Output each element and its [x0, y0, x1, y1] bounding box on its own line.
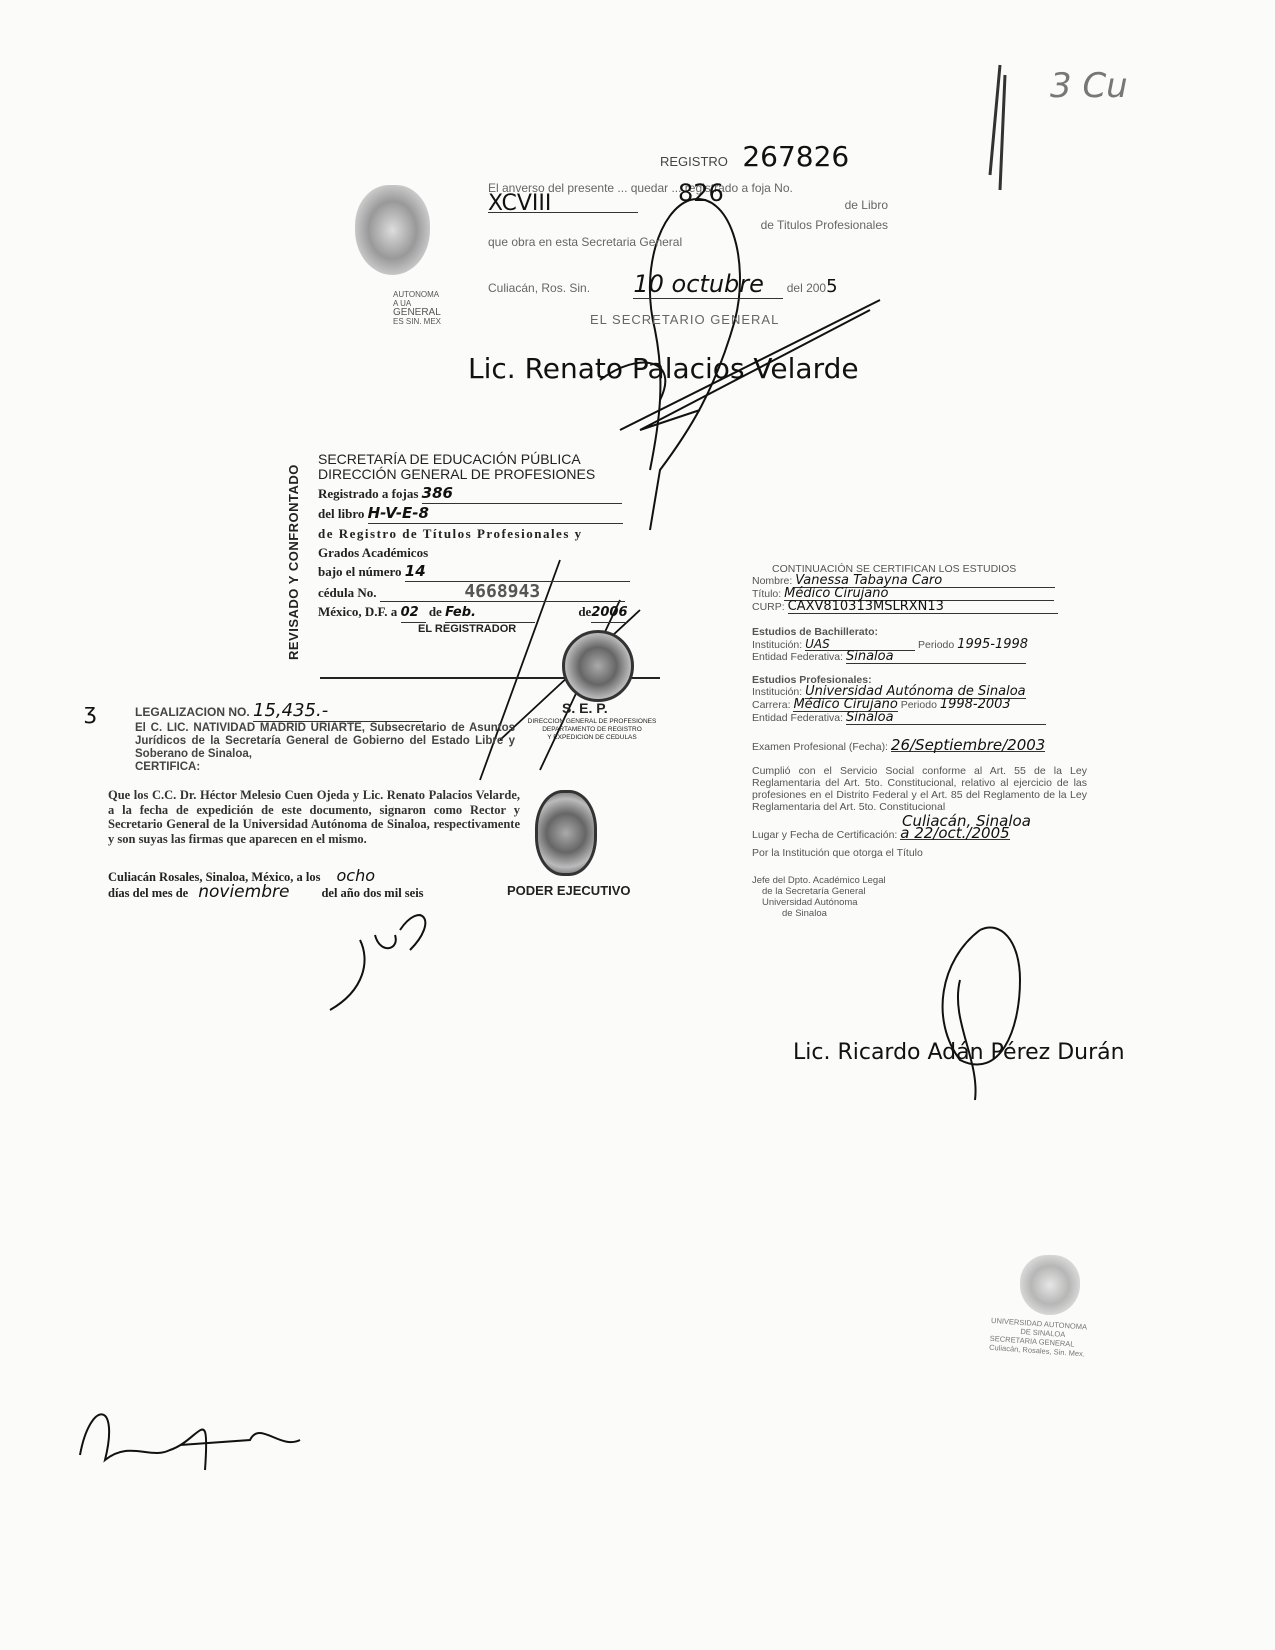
legalizacion-block: LEGALIZACION NO. 15,435.- El C. LIC. NAT… [135, 700, 515, 773]
poder-ejecutivo-label: PODER EJECUTIVO [507, 883, 631, 898]
sep-header-2: DIRECCIÓN GENERAL DE PROFESIONES [318, 467, 648, 482]
date-day: 10 octubre [633, 270, 783, 299]
examen-value: 26/Septiembre/2003 [891, 739, 1045, 752]
sep-stamp-sub: DIRECCION GENERAL DE PROFESIONES DEPARTA… [527, 718, 657, 742]
foja-number: 826 [678, 185, 724, 202]
secretario-name: Lic. Renato Palacios Velarde [468, 352, 859, 385]
libro-number: XCVIII [488, 195, 638, 213]
footer-signature: Rosa A. M. [75, 1470, 138, 1484]
anverso-block: El anverso del presente ... quedar ... r… [488, 180, 888, 251]
registro-number: 267826 [742, 140, 849, 173]
sep-block: SECRETARÍA DE EDUCACIÓN PÚBLICA DIRECCIÓ… [318, 452, 648, 635]
university-crest [355, 185, 430, 275]
legalizacion-para2: Que los C.C. Dr. Héctor Melesio Cuen Oje… [108, 788, 520, 846]
marginal-mark: 3 Cu [1050, 66, 1128, 106]
curp-value: CAXV810313MSLRXN13 [788, 601, 1058, 614]
registro-header: REGISTRO 267826 [660, 140, 849, 173]
crest-caption: AUTONOMA A UA GENERAL ES SIN. MEX [393, 290, 441, 326]
revisado-label: REVISADO Y CONFRONTADO [286, 464, 301, 660]
fojas-value: 386 [422, 484, 622, 504]
poder-ejecutivo-seal [535, 790, 597, 876]
lugar-date: a 22/oct./2005 [900, 827, 1009, 840]
jefe-name: Lic. Ricardo Adán Pérez Durán [793, 1040, 1125, 1065]
registro-label: REGISTRO [660, 154, 728, 169]
continuacion-block: CONTINUACIÓN SE CERTIFICAN LOS ESTUDIOS … [752, 563, 1087, 919]
servicio-text: Cumplió con el Servicio Social conforme … [752, 765, 1087, 813]
sep-stamp-label: S. E. P. [562, 700, 608, 716]
numero-value: 14 [405, 562, 630, 582]
cedula-value: 4668943 [380, 582, 625, 602]
libro-value: H-V-E-8 [368, 504, 623, 524]
legalizacion-number: 15,435.- [253, 700, 423, 722]
bottom-crest [1020, 1255, 1080, 1315]
jefe-block: Jefe del Dpto. Académico Legal de la Sec… [752, 875, 1087, 919]
sep-header-1: SECRETARÍA DE EDUCACIÓN PÚBLICA [318, 452, 648, 467]
legalizacion-date: Culiacán Rosales, Sinaloa, México, a los… [108, 868, 424, 901]
margin-mark: ʒ [84, 700, 97, 725]
sep-seal [562, 630, 634, 702]
date-line: Culiacán, Ros. Sin. 10 octubre del 2005 [488, 270, 838, 299]
secretario-label: EL SECRETARIO GENERAL [590, 312, 779, 327]
